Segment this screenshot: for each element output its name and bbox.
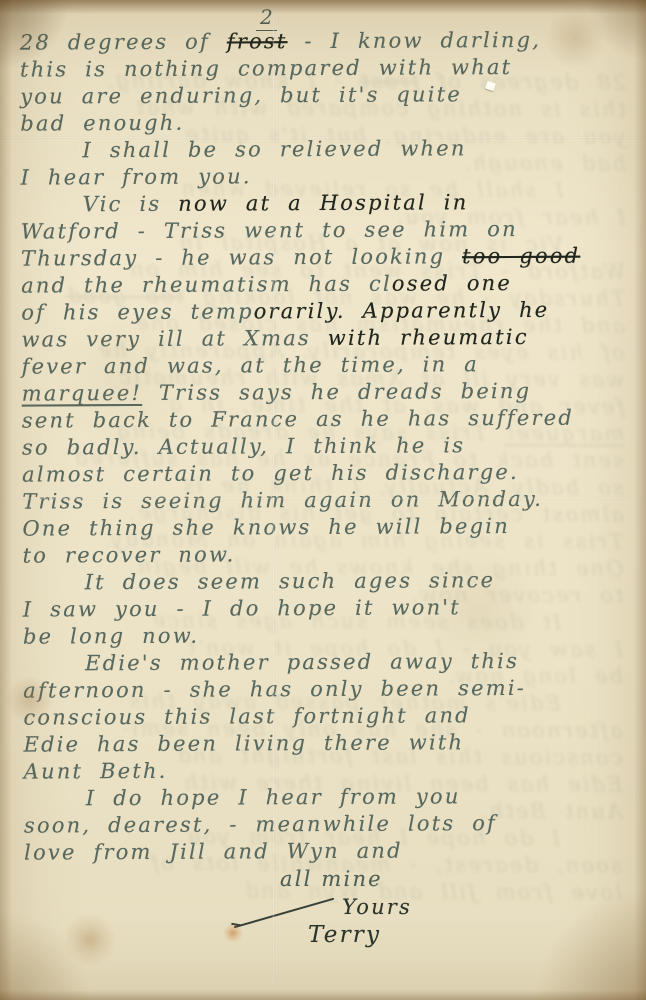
letter-text-segment: I hear from you. xyxy=(21,164,252,189)
closing-yours: Yours xyxy=(342,893,626,921)
letter-text-segment: of his eyes temp xyxy=(21,299,254,324)
letter-text-segment: osed one xyxy=(392,271,512,296)
letter-line: to recover now. xyxy=(22,539,626,569)
letter-line: bad enough. xyxy=(20,107,624,137)
letter-line: Vic is now at a Hospital in xyxy=(21,188,625,218)
letter-line: Triss is seeing him again on Monday. xyxy=(22,485,626,515)
letter-text-segment: marquee! xyxy=(22,381,142,406)
letter-line: afternoon - she has only been semi- xyxy=(23,674,627,704)
letter-text-segment: It does seem such ages since xyxy=(85,568,496,594)
letter-line: I shall be so relieved when xyxy=(20,134,624,164)
letter-body: 28 degrees of frost - I know darling,thi… xyxy=(20,26,628,866)
page-number: 2 xyxy=(256,5,277,31)
letter-page: 28 degrees of frost - I know darling,thi… xyxy=(0,0,646,1000)
letter-text-segment: I do hope I hear from you xyxy=(86,784,461,810)
letter-text-segment: - I know darling, xyxy=(287,28,541,53)
letter-line: marquee! Triss says he dreads being xyxy=(22,377,626,407)
letter-line: One thing she knows he will begin xyxy=(22,512,626,542)
letter-line: I hear from you. xyxy=(21,161,625,191)
closing-all-mine: all mine xyxy=(280,865,626,893)
letter-line: be long now. xyxy=(23,620,627,650)
letter-line: you are enduring, but it's quite xyxy=(20,80,624,110)
letter-line: conscious this last fortnight and xyxy=(23,701,627,731)
letter-line: Watford - Triss went to see him on xyxy=(21,215,625,245)
letter-text-segment: I shall be so relieved when xyxy=(82,136,466,162)
letter-text-segment: too good xyxy=(462,244,580,269)
letter-line: I saw you - I do hope it won't xyxy=(23,593,627,623)
letter-line: this is nothing compared with what xyxy=(20,53,624,83)
letter-text-segment: fever and was, at the time, in a xyxy=(22,352,480,378)
letter-text-segment: love from Jill and Wyn and xyxy=(24,839,403,865)
letter-text-segment: Edie's mother passed away this xyxy=(85,649,519,675)
letter-line: I do hope I hear from you xyxy=(24,782,628,812)
letter-line: Thursday - he was not looking too good xyxy=(21,242,625,272)
letter-text-segment: with rheumatic xyxy=(328,325,529,350)
letter-text-segment: frost xyxy=(227,29,288,53)
letter-line: almost certain to get his discharge. xyxy=(22,458,626,488)
letter-text-segment: you are enduring, but it's quite xyxy=(20,82,462,108)
letter-text-segment: sent back to France as he has suffered xyxy=(22,406,574,433)
letter-text-segment: so badly. Actually, I think he is xyxy=(22,433,465,459)
letter-text-segment: One thing she knows he will begin xyxy=(22,514,510,541)
letter-text-segment: Triss says he dreads being xyxy=(142,379,531,405)
letter-line: Edie has been living there with xyxy=(23,728,627,758)
letter-text-segment: soon, dearest, - meanwhile lots of xyxy=(24,811,497,837)
letter-line: Aunt Beth. xyxy=(24,755,628,785)
letter-text-segment: afternoon - she has only been semi- xyxy=(23,676,526,703)
letter-text-segment: almost certain to get his discharge. xyxy=(22,460,519,487)
letter-line: was very ill at Xmas with rheumatic xyxy=(21,323,625,353)
letter-text-segment: Thursday - he was not looking xyxy=(21,244,462,270)
letter-text-segment: Edie has been living there with xyxy=(23,730,464,756)
signature-terry: Terry xyxy=(308,921,626,949)
letter-line: It does seem such ages since xyxy=(23,566,627,596)
letter-text-segment: to recover now. xyxy=(23,542,236,567)
letter-text-segment: orarily. Apparently he xyxy=(254,298,550,324)
letter-line: of his eyes temporarily. Apparently he xyxy=(21,296,625,326)
letter-text-segment: Aunt Beth. xyxy=(24,759,168,784)
letter-line: fever and was, at the time, in a xyxy=(22,350,626,380)
letter-line: sent back to France as he has suffered xyxy=(22,404,626,434)
letter-line: 28 degrees of frost - I know darling, xyxy=(20,26,624,56)
letter-line: soon, dearest, - meanwhile lots of xyxy=(24,809,628,839)
letter-text-segment: be long now. xyxy=(23,624,199,649)
letter-line: love from Jill and Wyn and xyxy=(24,836,628,866)
letter-text-segment: conscious this last fortnight and xyxy=(23,703,470,729)
letter-text-segment: this is nothing compared with what xyxy=(20,55,512,82)
letter-text-segment: 28 degrees of xyxy=(20,30,227,55)
letter-text-segment: I saw you - I do hope it won't xyxy=(23,595,461,621)
letter-text-segment: Vic is xyxy=(83,192,179,216)
letter-closing: all mine Yours Terry xyxy=(22,865,626,949)
letter-text-segment: was very ill at Xmas xyxy=(21,326,327,352)
letter-text-segment: Watford - Triss went to see him on xyxy=(21,217,518,244)
letter-line: so badly. Actually, I think he is xyxy=(22,431,626,461)
letter-text-segment: and the rheumatism has cl xyxy=(21,272,392,298)
letter-line: Edie's mother passed away this xyxy=(23,647,627,677)
letter-text-segment: bad enough. xyxy=(20,111,184,136)
letter-text-segment: Triss is seeing him again on Monday. xyxy=(22,487,543,514)
letter-line: and the rheumatism has closed one xyxy=(21,269,625,299)
letter-text-segment: now at a Hospital in xyxy=(178,190,468,216)
